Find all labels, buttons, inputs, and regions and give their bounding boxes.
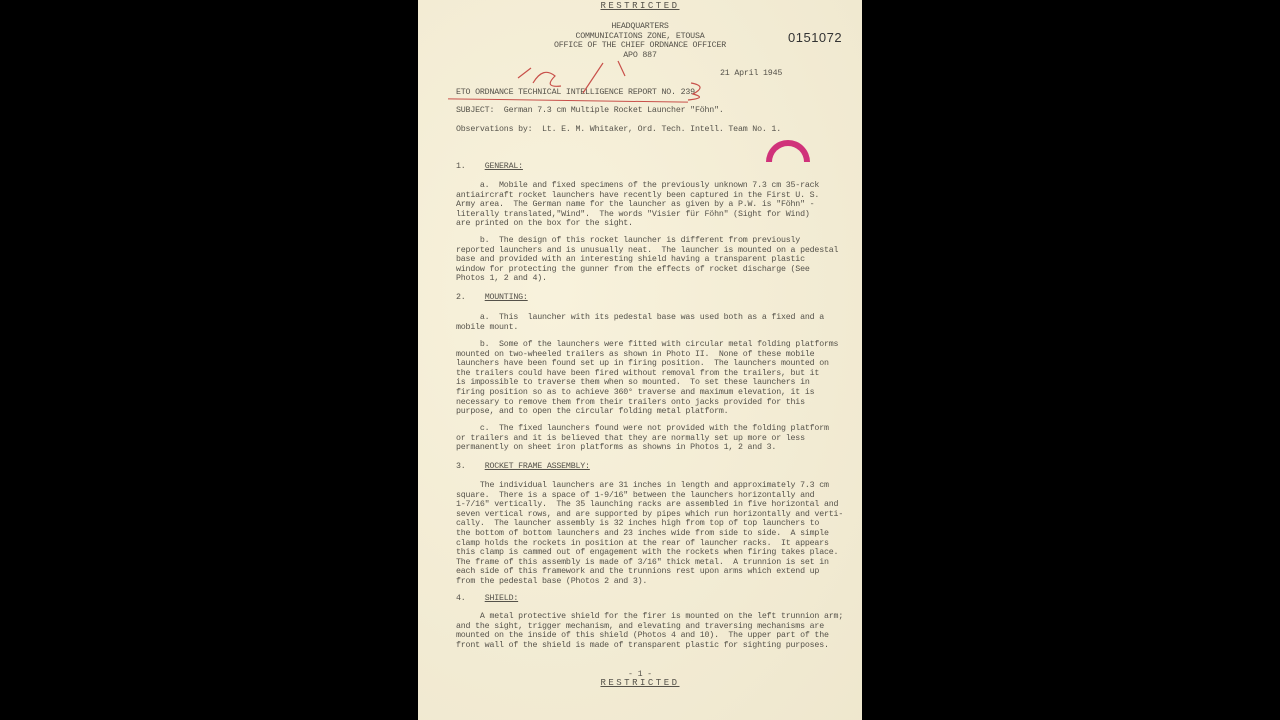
paragraph-line: seven vertical rows, and are supported b… bbox=[456, 510, 843, 520]
paragraph-line: base and provided with an interesting sh… bbox=[456, 255, 805, 265]
paragraph-line: front wall of the shield is made of tran… bbox=[456, 641, 829, 651]
paragraph-line: and the sight, trigger mechanism, and el… bbox=[456, 622, 824, 632]
observations-line: Observations by: Lt. E. M. Whitaker, Ord… bbox=[456, 125, 781, 135]
paragraph-line: purpose, and to open the circular foldin… bbox=[456, 407, 728, 417]
paragraph-line: Photos 1, 2 and 4). bbox=[456, 274, 547, 284]
paragraph-line: or trailers and it is believed that they… bbox=[456, 434, 805, 444]
paragraph-line: A metal protective shield for the firer … bbox=[456, 612, 843, 622]
paragraph-line: clamp holds the rockets in position at t… bbox=[456, 539, 829, 549]
paragraph-line: square. There is a space of 1-9/16" betw… bbox=[456, 491, 814, 501]
paragraph-line: from the pedestal base (Photos 2 and 3). bbox=[456, 577, 647, 587]
paragraph-line: b. Some of the launchers were fitted wit… bbox=[456, 340, 838, 350]
paragraph-line: a. This launcher with its pedestal base … bbox=[456, 313, 824, 323]
paragraph-line: The individual launchers are 31 inches i… bbox=[456, 481, 829, 491]
paragraph-line: mounted on the inside of this shield (Ph… bbox=[456, 631, 829, 641]
paragraph-line: antiaircraft rocket launchers have recen… bbox=[456, 191, 819, 201]
document-page: RESTRICTED HEADQUARTERS COMMUNICATIONS Z… bbox=[418, 0, 862, 720]
paragraph-line: cally. The launcher assembly is 32 inche… bbox=[456, 519, 819, 529]
paragraph-line: each side of this framework and the trun… bbox=[456, 567, 819, 577]
section-heading: 4. SHIELD: bbox=[456, 594, 518, 604]
section-heading: 3. ROCKET FRAME ASSEMBLY: bbox=[456, 462, 590, 472]
paragraph-line: launchers have been found set up in firi… bbox=[456, 359, 829, 369]
paragraph-line: firing position so as to achieve 360° tr… bbox=[456, 388, 814, 398]
document-date: 21 April 1945 bbox=[720, 69, 782, 79]
paragraph-line: reported launchers and is unusually neat… bbox=[456, 246, 838, 256]
paragraph-line: the trailers could have been fired witho… bbox=[456, 369, 819, 379]
paragraph-line: is impossible to traverse them when so m… bbox=[456, 378, 810, 388]
subject-line: SUBJECT: German 7.3 cm Multiple Rocket L… bbox=[456, 106, 724, 116]
paragraph-line: a. Mobile and fixed specimens of the pre… bbox=[456, 181, 819, 191]
classification-top: RESTRICTED bbox=[418, 2, 862, 12]
paragraph-line: are printed on the box for the sight. bbox=[456, 219, 633, 229]
paragraph-line: The frame of this assembly is made of 3/… bbox=[456, 558, 829, 568]
paragraph-line: permanently on sheet iron platforms as s… bbox=[456, 443, 776, 453]
document-number: 0151072 bbox=[788, 30, 842, 45]
paragraph-line: this clamp is cammed out of engagement w… bbox=[456, 548, 838, 558]
paragraph-line: necessary to remove them from their trai… bbox=[456, 398, 805, 408]
paragraph-line: Army area. The German name for the launc… bbox=[456, 200, 814, 210]
stamp-mark bbox=[766, 140, 810, 162]
section-heading: 2. MOUNTING: bbox=[456, 293, 528, 303]
paragraph-line: mobile mount. bbox=[456, 323, 518, 333]
section-heading: 1. GENERAL: bbox=[456, 162, 523, 172]
handwritten-annotation-icon bbox=[513, 58, 713, 103]
paragraph-line: b. The design of this rocket launcher is… bbox=[456, 236, 800, 246]
paragraph-line: the bottom of bottom launchers and 23 in… bbox=[456, 529, 829, 539]
paragraph-line: c. The fixed launchers found were not pr… bbox=[456, 424, 829, 434]
paragraph-line: mounted on two-wheeled trailers as shown… bbox=[456, 350, 814, 360]
paragraph-line: window for protecting the gunner from th… bbox=[456, 265, 810, 275]
paragraph-line: literally translated,"Wind". The words "… bbox=[456, 210, 810, 220]
classification-bottom: RESTRICTED bbox=[418, 679, 862, 689]
paragraph-line: 1-7/16" vertically. The 35 launching rac… bbox=[456, 500, 838, 510]
